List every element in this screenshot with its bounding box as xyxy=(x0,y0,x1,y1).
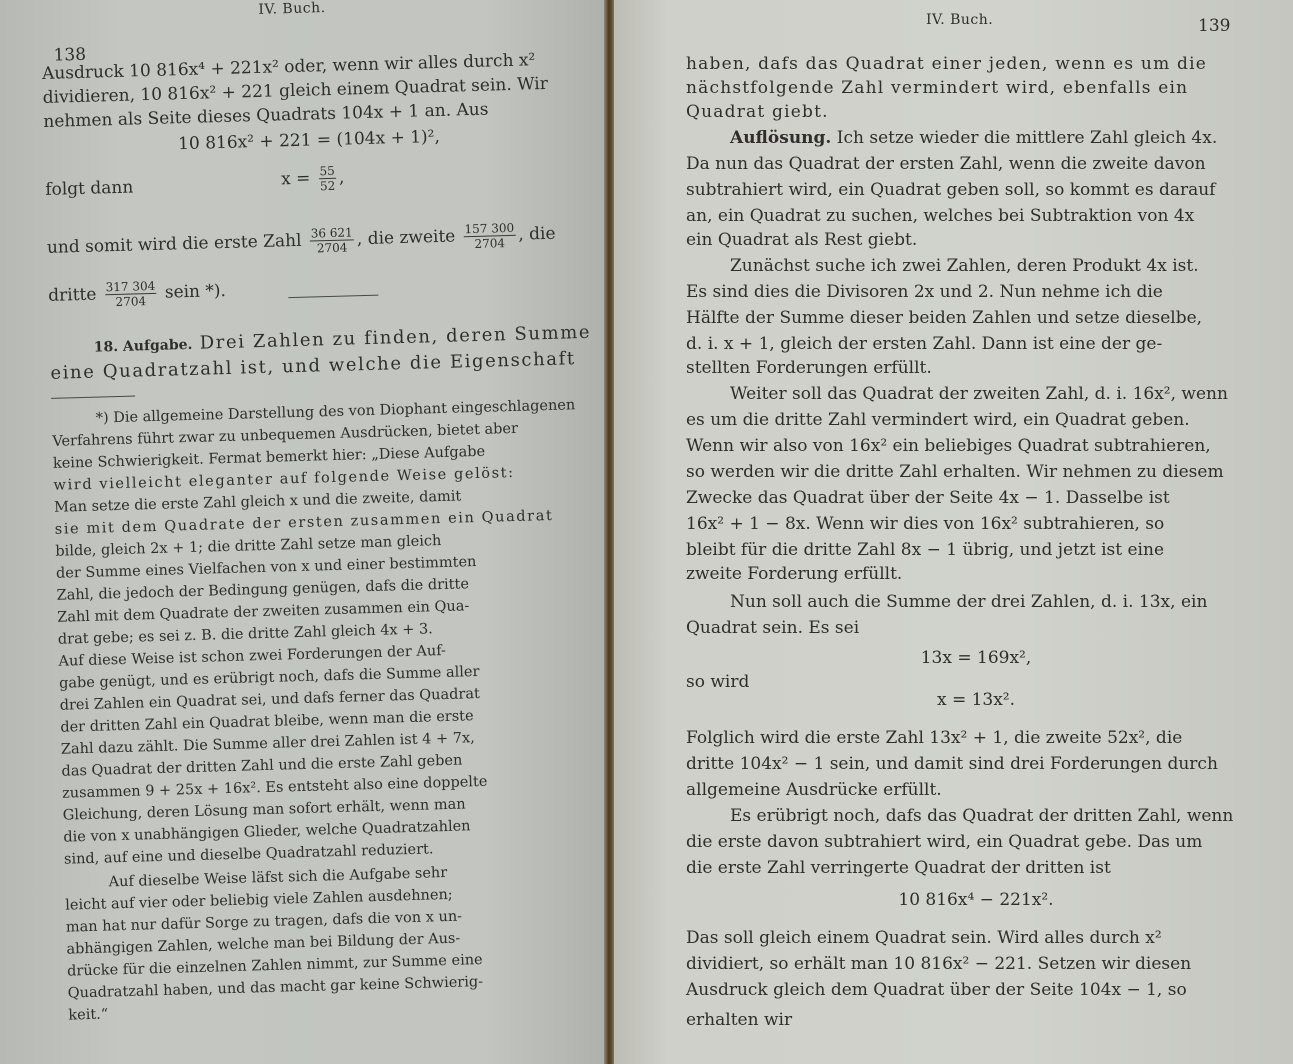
text-line: Folglich wird die erste Zahl 13x² + 1, d… xyxy=(686,728,1182,748)
fraction: 5552 xyxy=(318,164,336,193)
fraction: 157 3002704 xyxy=(463,221,515,251)
text-line: bleibt für die dritte Zahl 8x − 1 übrig,… xyxy=(686,540,1164,560)
footnote-divider xyxy=(51,395,135,398)
page-number: 139 xyxy=(1198,16,1230,36)
running-head: IV. Buch. xyxy=(926,12,993,28)
aufloesung-label: Auflösung. xyxy=(686,128,831,148)
text-line: Quadrat sein. Es sei xyxy=(686,618,859,638)
text-line: haben, dafs das Quadrat einer jeden, wen… xyxy=(686,54,1207,74)
fraction: 36 6212704 xyxy=(310,225,355,255)
text-line: Zwecke das Quadrat über der Seite 4x − 1… xyxy=(686,488,1170,508)
equation-lhs: x = xyxy=(281,169,311,190)
text-line: Ausdruck gleich dem Quadrat über der Sei… xyxy=(686,980,1187,1000)
text-line: Es sind dies die Divisoren 2x und 2. Nun… xyxy=(686,282,1163,302)
text-line: Da nun das Quadrat der ersten Zahl, wenn… xyxy=(686,154,1206,174)
text-line: dividiert, so erhält man 10 816x² − 221.… xyxy=(686,954,1191,974)
text-line: so werden wir die dritte Zahl erhalten. … xyxy=(686,462,1224,482)
footnote-line: keit.“ xyxy=(68,1004,108,1025)
left-page: IV. Buch. 138 Ausdruck 10 816x⁴ + 221x² … xyxy=(0,0,606,1064)
equation: x = 5552, xyxy=(281,164,345,195)
text-line: Hälfte der Summe dieser beiden Zahlen un… xyxy=(686,308,1202,328)
equation: x = 13x². xyxy=(686,690,1266,710)
text-line: zweite Forderung erfüllt. xyxy=(686,564,902,584)
text-line: so wird xyxy=(686,672,749,692)
text-line: ein Quadrat als Rest giebt. xyxy=(686,230,917,250)
text-line: Wenn wir also von 16x² ein beliebiges Qu… xyxy=(686,436,1211,456)
equation: 13x = 169x², xyxy=(686,648,1266,668)
text-line: Weiter soll das Quadrat der zweiten Zahl… xyxy=(686,384,1228,404)
text-line: subtrahiert wird, ein Quadrat geben soll… xyxy=(686,180,1215,200)
text-line: erhalten wir xyxy=(686,1010,792,1030)
running-head: IV. Buch. xyxy=(258,0,326,18)
right-page: IV. Buch. 139 haben, dafs das Quadrat ei… xyxy=(614,0,1293,1064)
text-line: die erste Zahl verringerte Quadrat der d… xyxy=(686,858,1111,878)
text-line: Nun soll auch die Summe der drei Zahlen,… xyxy=(686,592,1207,612)
fraction: 317 3042704 xyxy=(104,279,156,309)
text-line: 16x² + 1 − 8x. Wenn wir dies von 16x² su… xyxy=(686,514,1164,534)
open-book-spread: IV. Buch. 138 Ausdruck 10 816x⁴ + 221x² … xyxy=(0,0,1293,1064)
text-line: d. i. x + 1, gleich der ersten Zahl. Dan… xyxy=(686,334,1162,354)
text-line: und somit wird die erste Zahl 36 6212704… xyxy=(47,220,556,263)
text-line: Es erübrigt noch, dafs das Quadrat der d… xyxy=(686,806,1233,826)
equation: 10 816x⁴ − 221x². xyxy=(686,890,1266,910)
text-line: nächstfolgende Zahl vermindert wird, ebe… xyxy=(686,78,1188,98)
text-line: Quadrat giebt. xyxy=(686,102,829,122)
text-line: allgemeine Ausdrücke erfüllt. xyxy=(686,780,942,800)
text-line: Das soll gleich einem Quadrat sein. Wird… xyxy=(686,928,1162,948)
text-line: stellten Forderungen erfüllt. xyxy=(686,358,932,378)
text-line: die erste davon subtrahiert wird, ein Qu… xyxy=(686,832,1202,852)
text-line: dritte 104x² − 1 sein, und damit sind dr… xyxy=(686,754,1218,774)
text-line: an, ein Quadrat zu suchen, welches bei S… xyxy=(686,206,1194,226)
text-line: es um die dritte Zahl vermindert wird, e… xyxy=(686,410,1190,430)
text-line: Auflösung. Ich setze wieder die mittlere… xyxy=(686,128,1217,148)
text-line: folgt dann xyxy=(45,177,134,199)
text-line: Zunächst suche ich zwei Zahlen, deren Pr… xyxy=(686,256,1199,276)
text-line: dritte 317 3042704 sein *). xyxy=(48,277,226,311)
section-divider xyxy=(288,295,378,299)
